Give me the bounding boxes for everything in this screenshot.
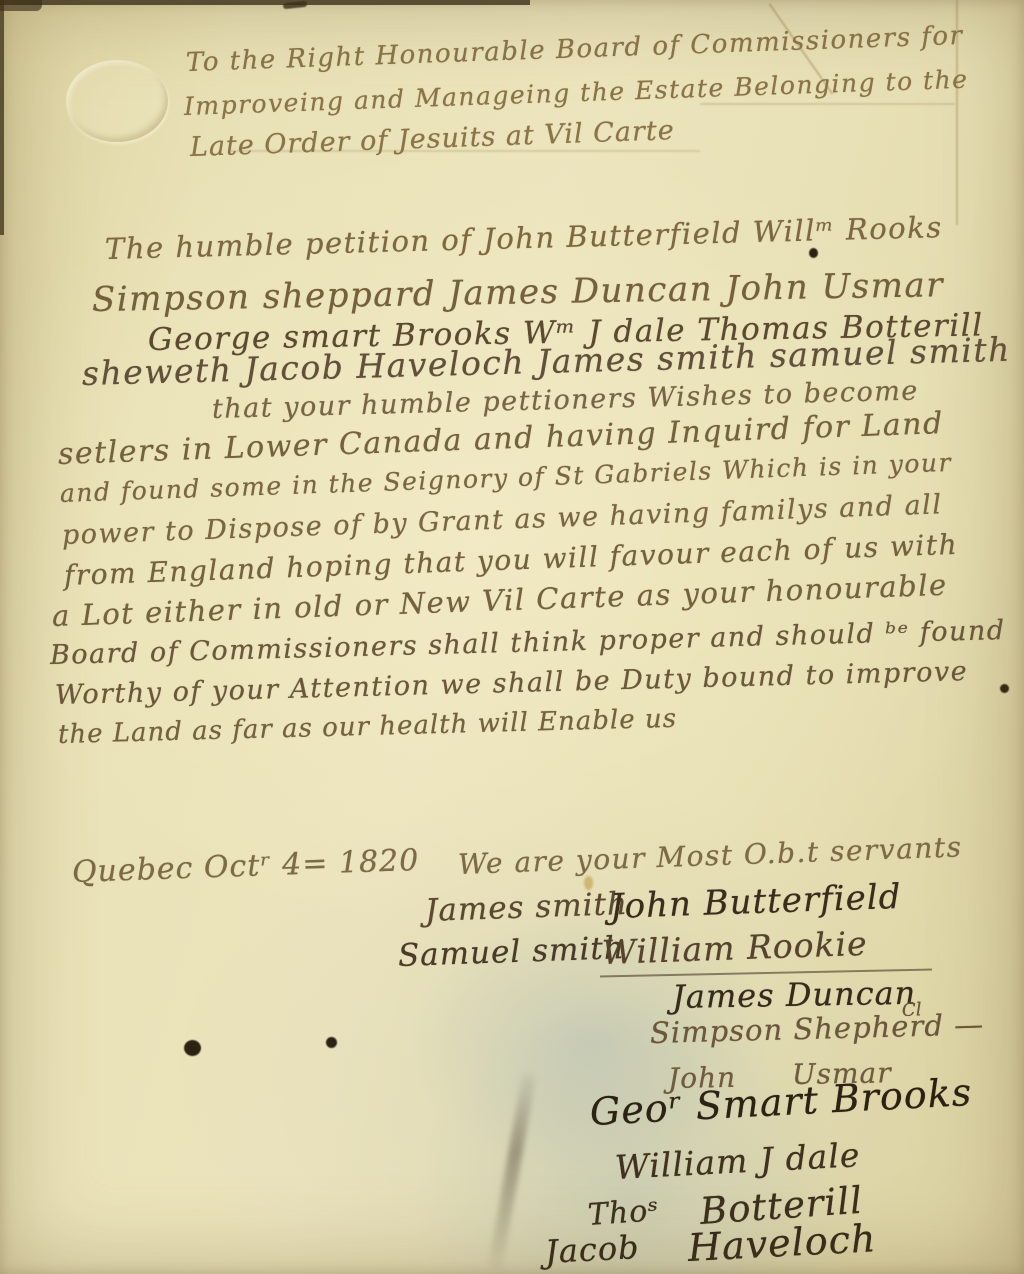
- scan-edge-corner: [0, 0, 42, 11]
- signature-william-rookie: William Rookie: [601, 924, 868, 973]
- signature-shepherd-superscript: Cl: [902, 999, 922, 1021]
- signature-simpson-shepherd: Simpson Shepherd —: [650, 1007, 985, 1051]
- signature-james-smith: James smith: [424, 886, 628, 930]
- scratch-line-1: [700, 103, 955, 105]
- signature-samuel-smith: Samuel smith: [397, 930, 625, 975]
- signature-john-butterfield: John Butterfield: [609, 877, 902, 928]
- signature-geo-smart-brooks: Geoʳ Smart Brooks: [589, 1070, 973, 1136]
- signature-jacob: Jacob: [544, 1228, 640, 1271]
- ink-blot-mid: [326, 1037, 337, 1048]
- signature-william-jdale: William J dale: [614, 1135, 861, 1187]
- scan-edge-left: [0, 0, 4, 235]
- date-line: Quebec Octʳ 4= 1820: [71, 843, 420, 891]
- closing-line: We are your Most O.b.t servants: [457, 830, 963, 881]
- ink-blot-left: [184, 1040, 201, 1056]
- scan-edge-top: [0, 0, 530, 5]
- embossed-seal: [66, 60, 168, 142]
- ink-smudge-streak: [488, 1072, 537, 1271]
- scanned-document: To the Right Honourable Board of Commiss…: [0, 0, 1024, 1274]
- heading-line-3: Late Order of Jesuits at Vil Carte: [189, 115, 675, 164]
- signature-haveloch: Haveloch: [687, 1216, 878, 1271]
- body-line-8: the Land as far as our health will Enabl…: [58, 704, 678, 751]
- ink-mark-top: [283, 1, 307, 9]
- ink-dot-right-edge: [1000, 684, 1009, 693]
- petition-line-1: The humble petition of John Butterfield …: [105, 210, 943, 267]
- ink-blot-on-word: [809, 248, 818, 258]
- paper-sheet: To the Right Honourable Board of Commiss…: [0, 0, 1024, 1274]
